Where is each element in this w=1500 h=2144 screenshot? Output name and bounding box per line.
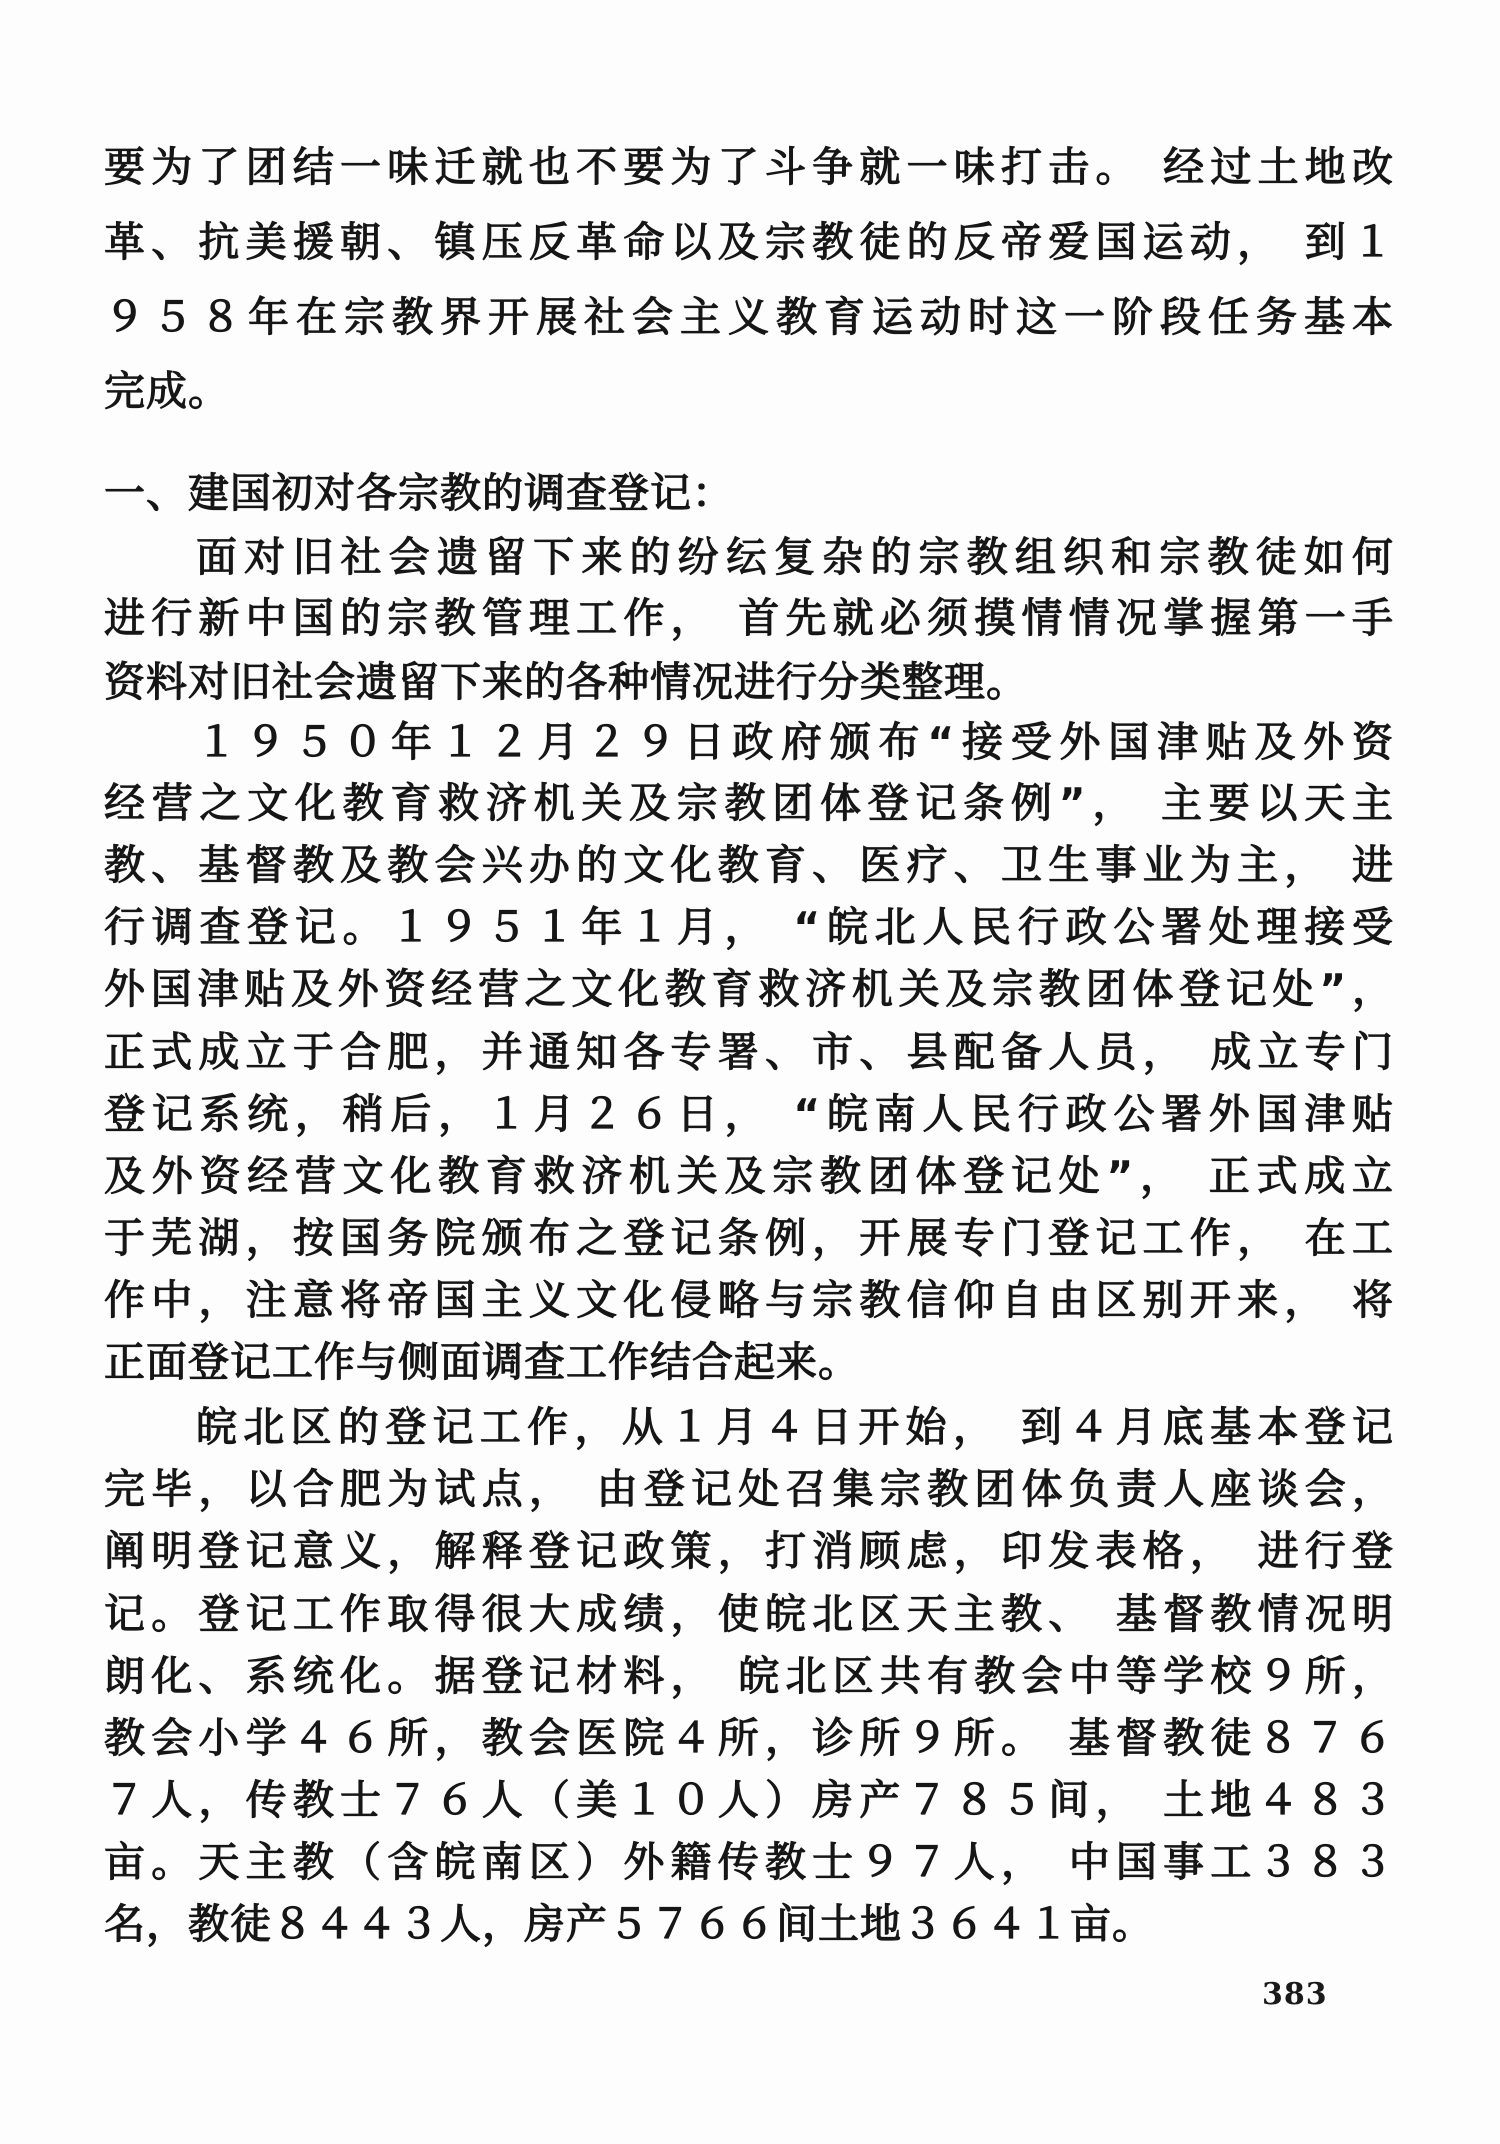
text-line: 登记系统，稍后，１月２６日， “皖南人民行政公署外国津贴 bbox=[104, 1084, 1394, 1144]
text-line: 资料对旧社会遗留下来的各种情况进行分类整理。 bbox=[104, 652, 1394, 712]
text-line: 阐明登记意义，解释登记政策，打消顾虑，印发表格， 进行登 bbox=[104, 1521, 1394, 1581]
text-line: 正式成立于合肥，并通知各专署、市、县配备人员， 成立专门 bbox=[104, 1022, 1394, 1082]
text-line: 进行新中国的宗教管理工作， 首先就必须摸情情况掌握第一手 bbox=[104, 588, 1394, 648]
text-line: 记。登记工作取得很大成绩，使皖北区天主教、 基督教情况明 bbox=[104, 1584, 1394, 1644]
text-line: 教会小学４６所，教会医院４所，诊所９所。 基督教徒８７６ bbox=[104, 1708, 1394, 1768]
text-line: 教、基督教及教会兴办的文化教育、医疗、卫生事业为主， 进 bbox=[104, 835, 1394, 895]
text-line: 要为了团结一味迁就也不要为了斗争就一味打击。 经过土地改 bbox=[104, 137, 1394, 197]
text-line: 行调查登记。１９５１年１月， “皖北人民行政公署处理接受 bbox=[104, 897, 1394, 957]
text-line: 作中，注意将帝国主义文化侵略与宗教信仰自由区别开来， 将 bbox=[104, 1270, 1394, 1330]
text-line: 面对旧社会遗留下来的纷纭复杂的宗教组织和宗教徒如何 bbox=[196, 527, 1394, 587]
text-line: 及外资经营文化教育救济机关及宗教团体登记处”， 正式成立 bbox=[104, 1146, 1394, 1206]
text-line: 完成。 bbox=[104, 361, 1394, 421]
text-line: ７人，传教士７６人（美１０人）房产７８５间， 土地４８３ bbox=[104, 1770, 1394, 1830]
page-number: 383 bbox=[1262, 1977, 1328, 2012]
section-heading: 一、建国初对各宗教的调查登记： bbox=[104, 463, 1394, 523]
text-line: 朗化、系统化。据登记材料， 皖北区共有教会中等学校９所， bbox=[104, 1646, 1394, 1706]
text-line: １９５０年１２月２９日政府颁布“接受外国津贴及外资 bbox=[196, 712, 1394, 772]
text-line: ９５８年在宗教界开展社会主义教育运动时这一阶段任务基本 bbox=[104, 287, 1394, 347]
text-line: 皖北区的登记工作，从１月４日开始， 到４月底基本登记 bbox=[196, 1397, 1394, 1457]
scanned-document-page: 要为了团结一味迁就也不要为了斗争就一味打击。 经过土地改 革、抗美援朝、镇压反革… bbox=[0, 0, 1500, 2144]
text-line: 于芜湖，按国务院颁布之登记条例，开展专门登记工作， 在工 bbox=[104, 1208, 1394, 1268]
text-line: 完毕，以合肥为试点， 由登记处召集宗教团体负责人座谈会， bbox=[104, 1459, 1394, 1519]
text-line: 革、抗美援朝、镇压反革命以及宗教徒的反帝爱国运动， 到１ bbox=[104, 212, 1394, 272]
text-line: 亩。天主教（含皖南区）外籍传教士９７人， 中国事工３８３ bbox=[104, 1832, 1394, 1892]
text-line: 名，教徒８４４３人，房产５７６６间土地３６４１亩。 bbox=[104, 1894, 1394, 1954]
text-line: 正面登记工作与侧面调查工作结合起来。 bbox=[104, 1332, 1394, 1392]
text-line: 经营之文化教育救济机关及宗教团体登记条例”， 主要以天主 bbox=[104, 773, 1394, 833]
text-line: 外国津贴及外资经营之文化教育救济机关及宗教团体登记处”， bbox=[104, 959, 1394, 1019]
